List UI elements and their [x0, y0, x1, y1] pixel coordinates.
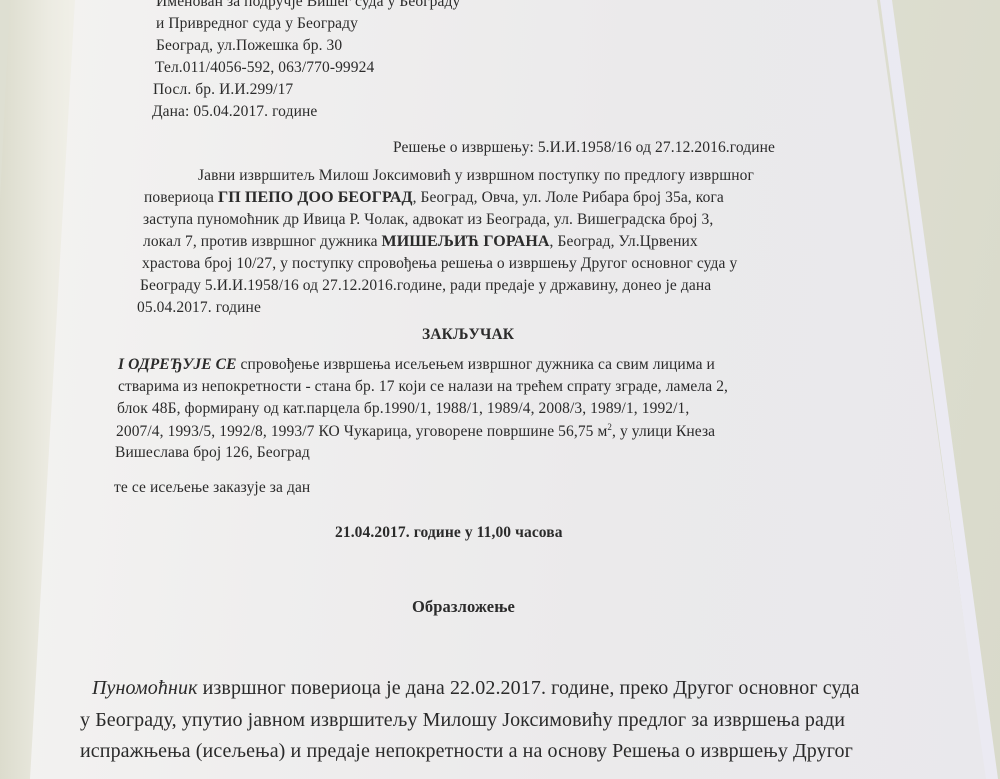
document-content: Именован за подручје Вишег суда у Београ…	[0, 0, 1000, 779]
document-date: Дана: 05.04.2017. године	[152, 103, 317, 121]
eviction-datetime: 21.04.2017. године у 11,00 часова	[335, 524, 563, 542]
schedule-text: те се исељење заказује за дан	[114, 479, 310, 497]
case-number: Посл. бр. И.И.299/17	[153, 81, 293, 99]
conclusion-title: ЗАКЉУЧАК	[422, 326, 514, 344]
header-line: Именован за подручје Вишег суда у Београ…	[156, 0, 460, 11]
header-address: Београд, ул.Пожешка бр. 30	[156, 37, 342, 55]
conclusion-lead: I ОДРЕЂУЈЕ СЕ	[118, 356, 237, 373]
reasoning-title: Образложење	[412, 597, 515, 617]
creditor-name: ГП ПЕПО ДОО БЕОГРАД	[218, 189, 413, 206]
enforcement-reference: Решење о извршењу: 5.И.И.1958/16 од 27.1…	[393, 139, 775, 157]
header-line: и Привредног суда у Београду	[156, 15, 358, 33]
header-phone: Тел.011/4056-592, 063/770-99924	[155, 59, 374, 77]
debtor-name: МИШЕЉИЋ ГОРАНА	[382, 233, 550, 250]
